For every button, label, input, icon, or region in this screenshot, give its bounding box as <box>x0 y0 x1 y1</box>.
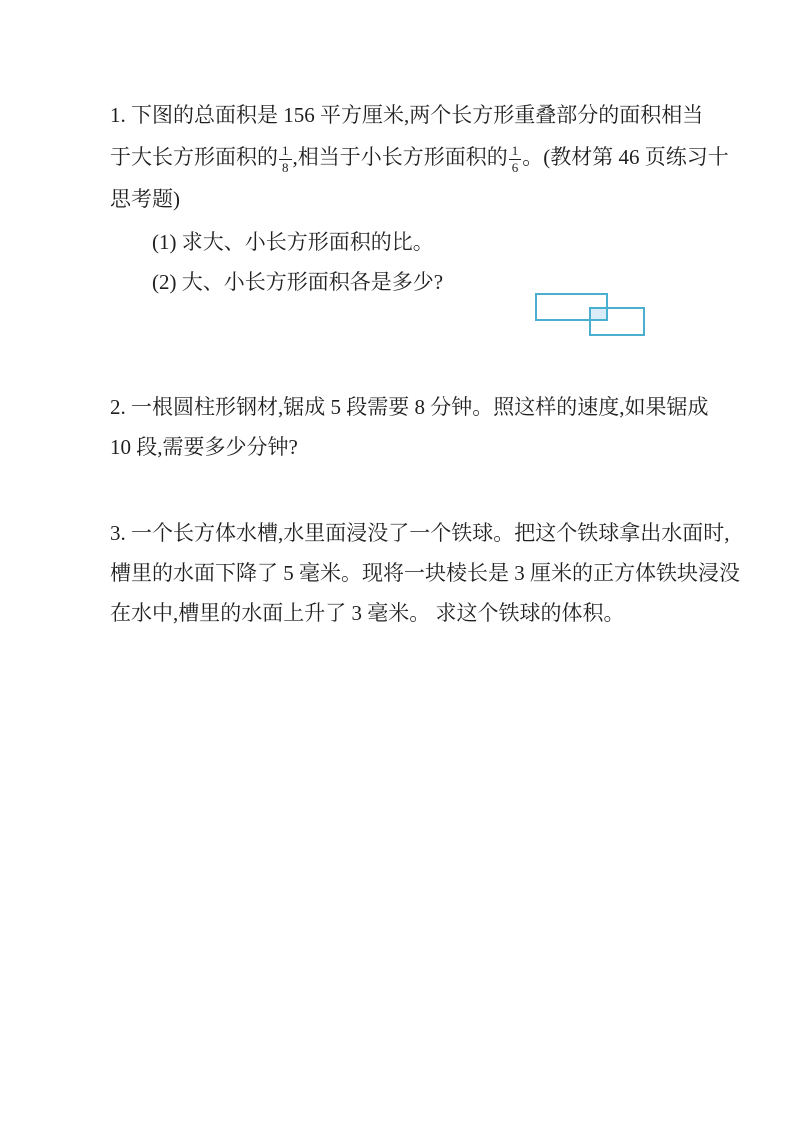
problem-3-line-2: 槽里的水面下降了 5 毫米。现将一块棱长是 3 厘米的正方体铁块浸没 <box>110 553 685 593</box>
problem-2-line-2: 10 段,需要多少分钟? <box>110 427 685 467</box>
fraction-denominator: 8 <box>279 160 292 176</box>
problem-1-line-2-pre: 于大长方形面积的 <box>110 145 278 169</box>
problem-2: 2. 一根圆柱形钢材,锯成 5 段需要 8 分钟。照这样的速度,如果锯成 10 … <box>110 387 685 467</box>
fraction-denominator: 6 <box>509 160 522 176</box>
overlap-region <box>589 307 608 321</box>
small-rectangle <box>589 307 645 336</box>
problem-1-line-1: 1. 下图的总面积是 156 平方厘米,两个长方形重叠部分的面积相当 <box>110 94 685 136</box>
problem-1-line-3: 思考题) <box>110 178 685 220</box>
problem-1: 1. 下图的总面积是 156 平方厘米,两个长方形重叠部分的面积相当 于大长方形… <box>110 94 685 220</box>
fraction-numerator: 1 <box>279 143 292 160</box>
problem-3-line-1: 3. 一个长方体水槽,水里面浸没了一个铁球。把这个铁球拿出水面时, <box>110 513 685 553</box>
problem-1-line-2: 于大长方形面积的18,相当于小长方形面积的16。(教材第 46 页练习十 <box>110 136 685 178</box>
problem-2-line-1: 2. 一根圆柱形钢材,锯成 5 段需要 8 分钟。照这样的速度,如果锯成 <box>110 387 685 427</box>
problem-3-line-3: 在水中,槽里的水面上升了 3 毫米。 求这个铁球的体积。 <box>110 593 685 633</box>
fraction-one-sixth: 16 <box>509 143 522 175</box>
problem-3: 3. 一个长方体水槽,水里面浸没了一个铁球。把这个铁球拿出水面时, 槽里的水面下… <box>110 513 685 633</box>
worksheet-page: 1. 下图的总面积是 156 平方厘米,两个长方形重叠部分的面积相当 于大长方形… <box>0 0 793 1122</box>
fraction-numerator: 1 <box>509 143 522 160</box>
problem-1-line-2-post: 。(教材第 46 页练习十 <box>522 145 729 169</box>
problem-1-subquestion-1: (1) 求大、小长方形面积的比。 <box>110 222 685 262</box>
fraction-one-eighth: 18 <box>279 143 292 175</box>
problem-1-subquestion-2: (2) 大、小长方形面积各是多少? <box>110 262 685 302</box>
problem-1-line-2-mid: ,相当于小长方形面积的 <box>293 145 508 169</box>
problem-1-subquestions: (1) 求大、小长方形面积的比。 (2) 大、小长方形面积各是多少? <box>110 222 685 302</box>
